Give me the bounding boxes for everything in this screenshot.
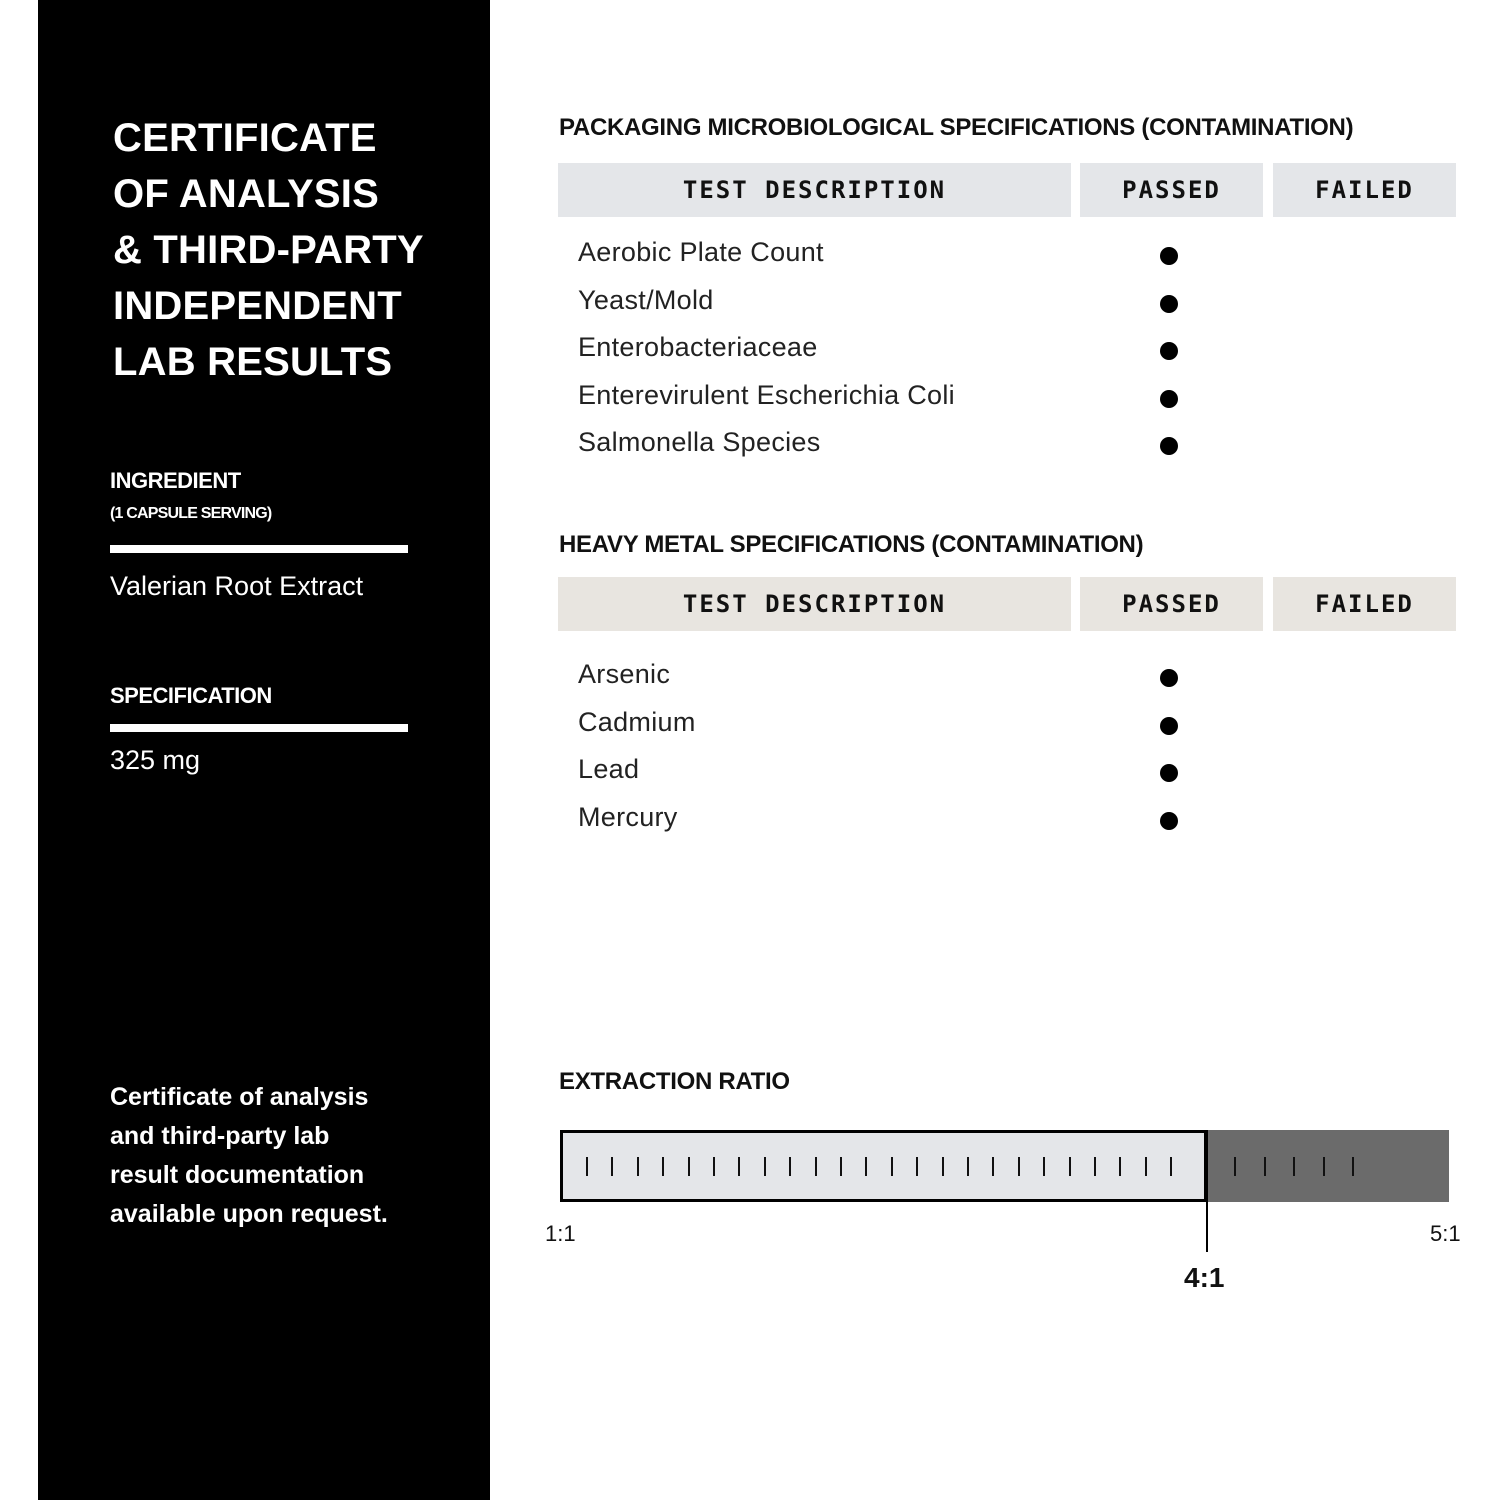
scale-tick — [1323, 1157, 1325, 1176]
scale-tick — [611, 1157, 613, 1176]
ratio-value-label: 4:1 — [1184, 1262, 1224, 1294]
title-line: & THIRD-PARTY — [113, 222, 424, 278]
title-line: INDEPENDENT — [113, 278, 424, 334]
divider — [110, 545, 408, 553]
scale-tick — [662, 1157, 664, 1176]
passed-dot-icon — [1160, 295, 1178, 313]
scale-tick — [1043, 1157, 1045, 1176]
microbiological-section-title: PACKAGING MICROBIOLOGICAL SPECIFICATIONS… — [559, 114, 1353, 142]
extraction-ratio-remaining — [1207, 1130, 1449, 1202]
test-name: Yeast/Mold — [578, 285, 714, 316]
column-header-failed: FAILED — [1273, 163, 1456, 217]
scale-tick — [1069, 1157, 1071, 1176]
passed-dot-icon — [1160, 247, 1178, 265]
extraction-ratio-title: EXTRACTION RATIO — [559, 1068, 790, 1096]
test-name: Enterobacteriaceae — [578, 332, 818, 363]
table-row: Cadmium — [578, 703, 1458, 751]
passed-dot-icon — [1160, 390, 1178, 408]
note-line: result documentation — [110, 1156, 388, 1195]
test-name: Cadmium — [578, 707, 696, 738]
passed-dot-icon — [1160, 717, 1178, 735]
passed-dot-icon — [1160, 669, 1178, 687]
scale-tick — [1352, 1157, 1354, 1176]
heavy-metal-table-body: ArsenicCadmiumLeadMercury — [578, 655, 1458, 845]
scale-tick — [789, 1157, 791, 1176]
table-row: Enterobacteriaceae — [578, 328, 1458, 376]
test-name: Aerobic Plate Count — [578, 237, 824, 268]
passed-dot-icon — [1160, 764, 1178, 782]
scale-tick — [637, 1157, 639, 1176]
ratio-max-label: 5:1 — [1430, 1221, 1461, 1247]
ingredient-sublabel: (1 CAPSULE SERVING) — [110, 505, 271, 523]
scale-tick — [942, 1157, 944, 1176]
test-name: Salmonella Species — [578, 427, 821, 458]
scale-tick — [1170, 1157, 1172, 1176]
column-header-failed: FAILED — [1273, 577, 1456, 631]
scale-tick — [967, 1157, 969, 1176]
passed-dot-icon — [1160, 342, 1178, 360]
test-name: Lead — [578, 754, 639, 785]
extraction-ratio-marker — [1206, 1130, 1208, 1252]
scale-tick — [1234, 1157, 1236, 1176]
passed-dot-icon — [1160, 437, 1178, 455]
scale-tick — [1264, 1157, 1266, 1176]
ratio-min-label: 1:1 — [545, 1221, 576, 1247]
test-name: Enterevirulent Escherichia Coli — [578, 380, 955, 411]
scale-tick — [891, 1157, 893, 1176]
scale-tick — [738, 1157, 740, 1176]
test-name: Arsenic — [578, 659, 670, 690]
scale-tick — [992, 1157, 994, 1176]
scale-tick — [865, 1157, 867, 1176]
scale-tick — [586, 1157, 588, 1176]
column-header-passed: PASSED — [1080, 163, 1263, 217]
test-name: Mercury — [578, 802, 678, 833]
scale-tick — [916, 1157, 918, 1176]
scale-tick — [1119, 1157, 1121, 1176]
passed-dot-icon — [1160, 812, 1178, 830]
sidebar: CERTIFICATE OF ANALYSIS & THIRD-PARTY IN… — [38, 0, 490, 1500]
table-row: Enterevirulent Escherichia Coli — [578, 376, 1458, 424]
title-line: OF ANALYSIS — [113, 166, 424, 222]
scale-tick — [840, 1157, 842, 1176]
note-line: Certificate of analysis — [110, 1078, 388, 1117]
specification-value: 325 mg — [110, 745, 200, 776]
extraction-ratio-filled — [560, 1130, 1207, 1202]
column-header-description: TEST DESCRIPTION — [558, 577, 1071, 631]
column-header-description: TEST DESCRIPTION — [558, 163, 1071, 217]
extraction-ratio-bar — [560, 1130, 1449, 1202]
table-row: Mercury — [578, 798, 1458, 846]
divider — [110, 724, 408, 732]
table-row: Arsenic — [578, 655, 1458, 703]
scale-tick — [1293, 1157, 1295, 1176]
scale-tick — [1094, 1157, 1096, 1176]
heavy-metal-section-title: HEAVY METAL SPECIFICATIONS (CONTAMINATIO… — [559, 531, 1143, 559]
scale-tick — [764, 1157, 766, 1176]
scale-tick — [713, 1157, 715, 1176]
title-line: CERTIFICATE — [113, 110, 424, 166]
specification-label: SPECIFICATION — [110, 683, 272, 709]
availability-note: Certificate of analysis and third-party … — [110, 1078, 388, 1234]
ingredient-label: INGREDIENT — [110, 468, 241, 494]
scale-tick — [815, 1157, 817, 1176]
table-row: Yeast/Mold — [578, 281, 1458, 329]
scale-tick — [1018, 1157, 1020, 1176]
page-title: CERTIFICATE OF ANALYSIS & THIRD-PARTY IN… — [113, 110, 424, 390]
table-row: Salmonella Species — [578, 423, 1458, 471]
title-line: LAB RESULTS — [113, 334, 424, 390]
ingredient-value: Valerian Root Extract — [110, 571, 363, 602]
table-row: Aerobic Plate Count — [578, 233, 1458, 281]
scale-tick — [688, 1157, 690, 1176]
scale-tick — [1145, 1157, 1147, 1176]
microbiological-table-body: Aerobic Plate CountYeast/MoldEnterobacte… — [578, 233, 1458, 471]
table-row: Lead — [578, 750, 1458, 798]
note-line: available upon request. — [110, 1195, 388, 1234]
column-header-passed: PASSED — [1080, 577, 1263, 631]
note-line: and third-party lab — [110, 1117, 388, 1156]
